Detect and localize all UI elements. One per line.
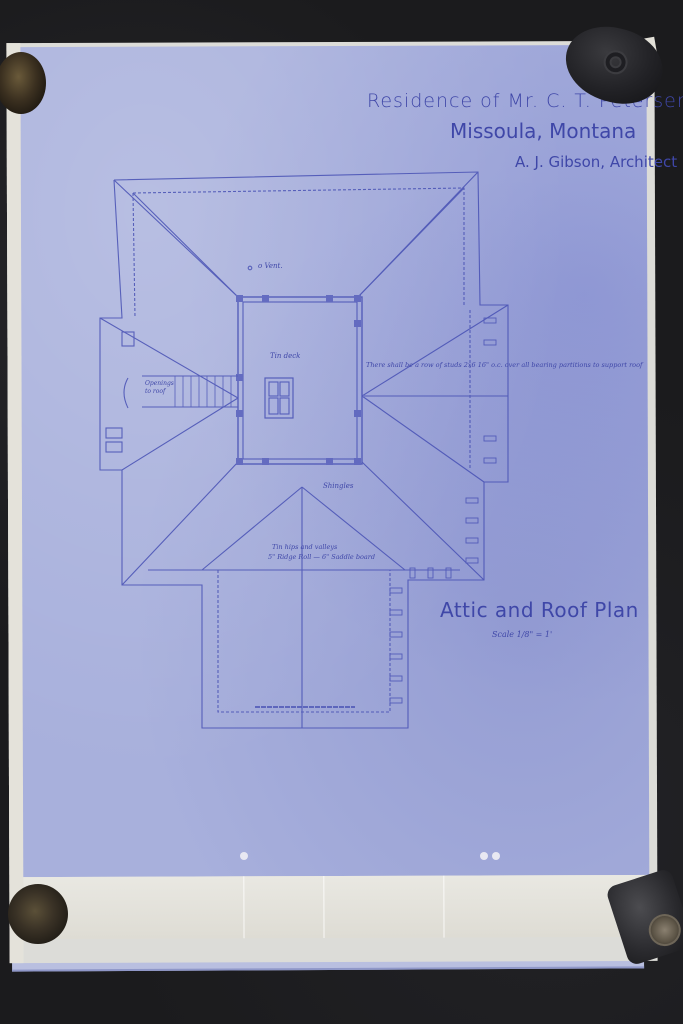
spiral-emblem-icon	[601, 48, 629, 76]
studs-note: There shall be a row of studs 2x6 16" o.…	[366, 361, 642, 369]
tin-deck-label: Tin deck	[270, 352, 300, 360]
stair-note-line2: to roof	[145, 388, 165, 395]
drawing-scale: Scale 1/8" = 1'	[492, 630, 552, 639]
stair-note: Openings to roof	[145, 380, 174, 396]
vent-label: o Vent.	[258, 262, 283, 270]
hips-note-line2: 5" Ridge Roll — 6" Saddle board	[268, 553, 375, 561]
coin-icon	[645, 910, 683, 950]
drawing-title: Attic and Roof Plan	[440, 598, 639, 622]
round-weight-icon	[8, 884, 68, 944]
stair-note-line1: Openings	[145, 380, 174, 387]
tin-deck	[238, 297, 362, 464]
shingles-label: Shingles	[323, 482, 354, 490]
title-location: Missoula, Montana	[450, 119, 636, 143]
title-architect: A. J. Gibson, Architect	[515, 153, 677, 171]
roof-eave-outline	[100, 172, 508, 728]
hips-note-line1: Tin hips and valleys	[272, 543, 337, 551]
